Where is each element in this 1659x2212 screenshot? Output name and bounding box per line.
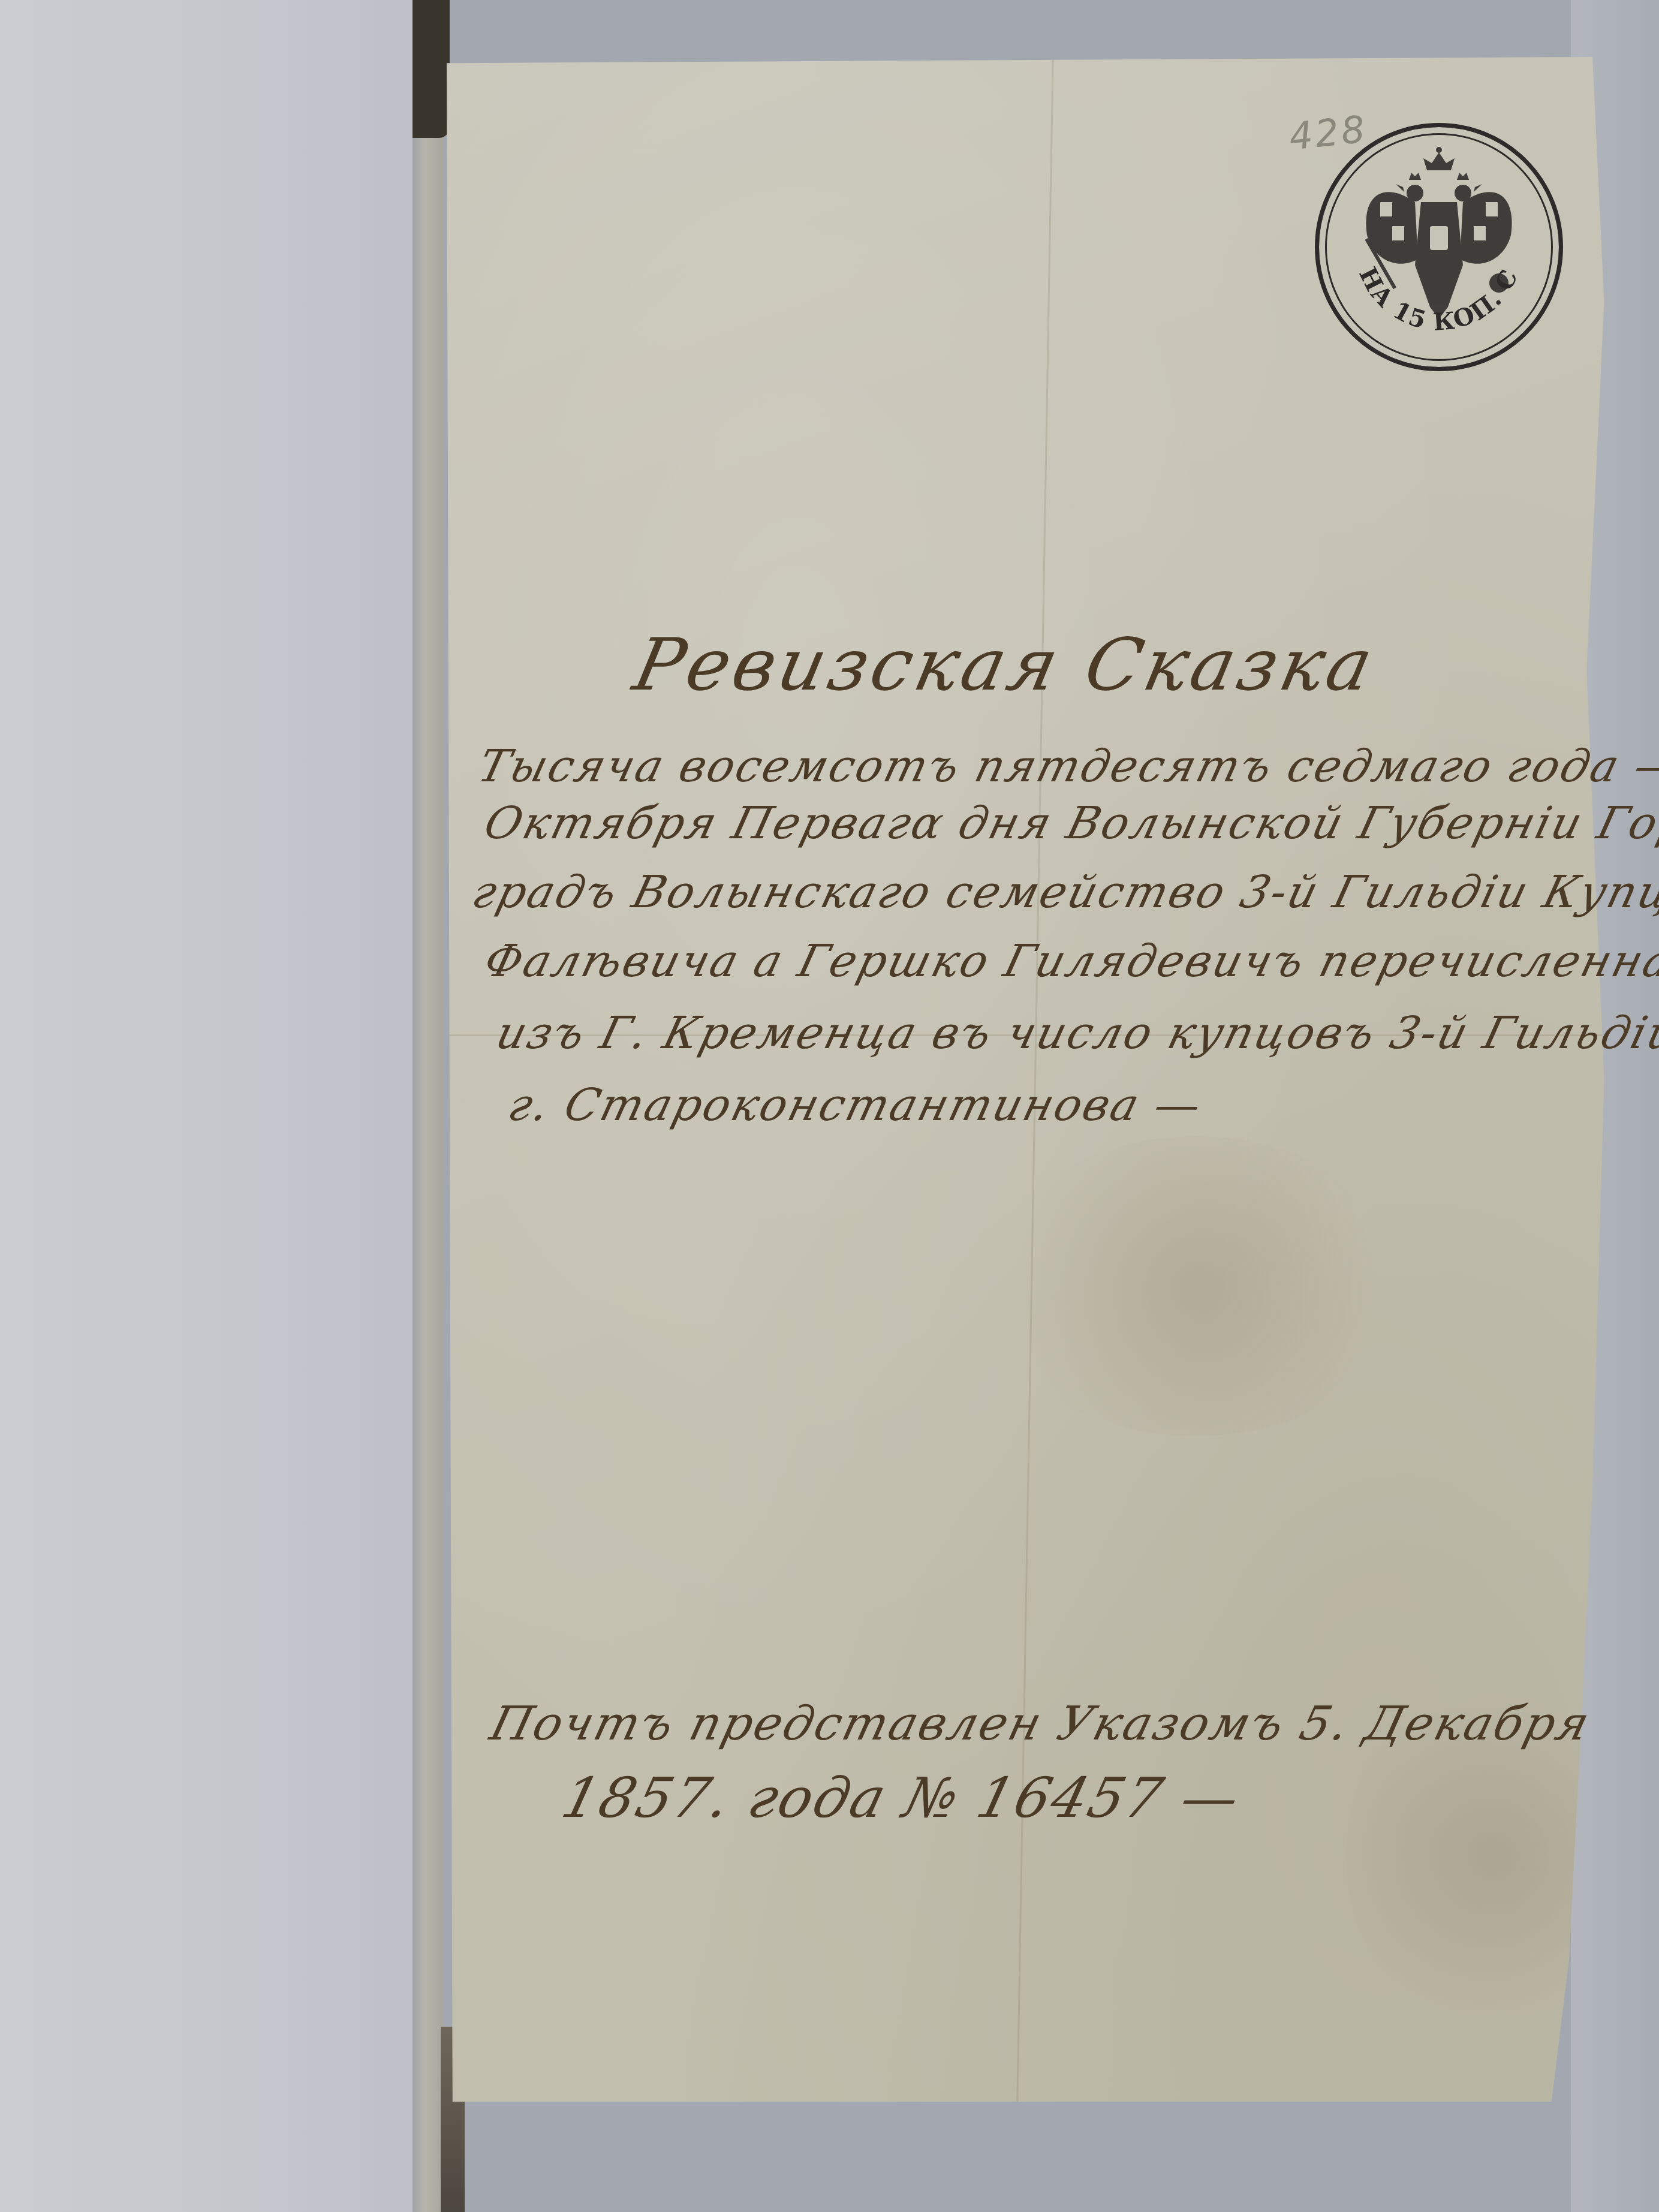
document-heading: Ревизская Сказка xyxy=(627,624,1383,707)
revenue-stamp: ЦѢНА 15 КОП. СЕР. xyxy=(1315,123,1563,371)
book-binding xyxy=(413,0,444,2212)
footer-line-2: 1857. года № 16457 — xyxy=(556,1766,1248,1830)
body-line-3: градъ Волынскаго семейство 3-й Гильдiи К… xyxy=(467,866,1659,918)
body-line-2: Октября Первагɑ дня Волынской Губернiи Г… xyxy=(479,797,1659,849)
footer-line-1: Почтъ представлен Указомъ 5. Декабря xyxy=(485,1697,1596,1751)
adjacent-blank-page xyxy=(0,0,414,2212)
body-line-4: Фалѣвича а Гершко Гилядевичъ перечисленн… xyxy=(479,935,1659,987)
body-line-6: г. Староконстантинова — xyxy=(503,1079,1208,1131)
binding-spine-dark-top xyxy=(413,0,450,138)
double-headed-eagle-icon: ЦѢНА 15 КОП. СЕР. xyxy=(1319,127,1559,367)
body-line-1: Тысяча восемсотъ пятдесятъ седмаго года … xyxy=(473,741,1659,792)
paper-stain xyxy=(986,1136,1406,1436)
body-line-5: изъ Г. Кременца въ число купцовъ 3-й Гил… xyxy=(491,1007,1659,1059)
